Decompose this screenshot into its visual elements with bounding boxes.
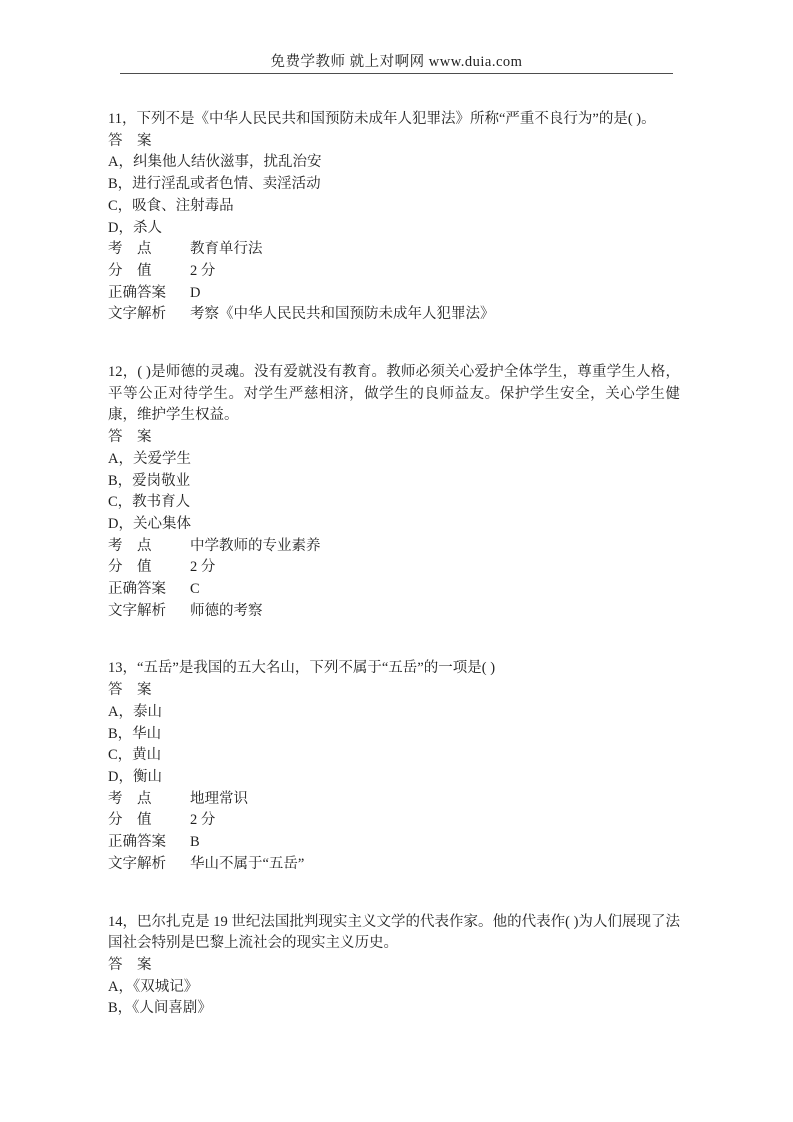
- meta-value: B: [190, 832, 680, 854]
- option-a: A，关爱学生: [108, 449, 680, 471]
- answer-heading-row: 答 案: [108, 131, 680, 153]
- question-stem: 13，“五岳”是我国的五大名山，下列不属于“五岳”的一项是( ): [108, 658, 680, 680]
- meta-label: 文字解析: [108, 304, 190, 326]
- option-d: D，衡山: [108, 767, 680, 789]
- option-c: C，教书育人: [108, 492, 680, 514]
- meta-row-explanation: 文字解析 华山不属于“五岳”: [108, 854, 680, 876]
- meta-label: 文字解析: [108, 601, 190, 623]
- option-d: D，关心集体: [108, 514, 680, 536]
- option-a: A，泰山: [108, 702, 680, 724]
- meta-value: 2 分: [190, 810, 680, 832]
- meta-value: 中学教师的专业素养: [190, 536, 680, 558]
- header-slogan: 免费学教师 就上对啊网 www.duia.com: [110, 50, 683, 71]
- meta-row-exam-point: 考 点 中学教师的专业素养: [108, 536, 680, 558]
- meta-label: 正确答案: [108, 832, 190, 854]
- answer-heading-row: 答 案: [108, 680, 680, 702]
- option-b: B，爱岗敬业: [108, 471, 680, 493]
- answer-label: 答 案: [108, 955, 190, 977]
- question-block-12: 12，( )是师德的灵魂。没有爱就没有教育。教师必须关心爱护全体学生，尊重学生人…: [108, 362, 680, 622]
- question-stem: 11，下列不是《中华人民民共和国预防未成年人犯罪法》所称“严重不良行为”的是( …: [108, 109, 680, 131]
- question-block-13: 13，“五岳”是我国的五大名山，下列不属于“五岳”的一项是( ) 答 案 A，泰…: [108, 658, 680, 875]
- meta-label: 考 点: [108, 789, 190, 811]
- meta-value: D: [190, 283, 680, 305]
- meta-value: 地理常识: [190, 789, 680, 811]
- meta-row-exam-point: 考 点 教育单行法: [108, 239, 680, 261]
- meta-row-correct-answer: 正确答案 D: [108, 283, 680, 305]
- meta-row-score: 分 值 2 分: [108, 810, 680, 832]
- meta-value: 华山不属于“五岳”: [190, 854, 680, 876]
- meta-row-exam-point: 考 点 地理常识: [108, 789, 680, 811]
- option-d: D，杀人: [108, 218, 680, 240]
- meta-row-correct-answer: 正确答案 B: [108, 832, 680, 854]
- answer-label: 答 案: [108, 680, 190, 702]
- meta-value: 师德的考察: [190, 601, 680, 623]
- option-b: B，《人间喜剧》: [108, 998, 680, 1020]
- meta-label: 分 值: [108, 810, 190, 832]
- option-c: C，吸食、注射毒品: [108, 196, 680, 218]
- meta-value: 考察《中华人民民共和国预防未成年人犯罪法》: [190, 304, 680, 326]
- option-c: C，黄山: [108, 745, 680, 767]
- meta-label: 分 值: [108, 557, 190, 579]
- answer-label: 答 案: [108, 427, 190, 449]
- question-block-14: 14，巴尔扎克是 19 世纪法国批判现实主义文学的代表作家。他的代表作( )为人…: [108, 912, 680, 1021]
- question-stem: 14，巴尔扎克是 19 世纪法国批判现实主义文学的代表作家。他的代表作( )为人…: [108, 912, 680, 955]
- meta-value: 2 分: [190, 261, 680, 283]
- option-a: A，纠集他人结伙滋事，扰乱治安: [108, 152, 680, 174]
- meta-label: 文字解析: [108, 854, 190, 876]
- meta-row-score: 分 值 2 分: [108, 261, 680, 283]
- meta-label: 正确答案: [108, 579, 190, 601]
- option-b: B，华山: [108, 724, 680, 746]
- question-stem: 12，( )是师德的灵魂。没有爱就没有教育。教师必须关心爱护全体学生，尊重学生人…: [108, 362, 680, 427]
- meta-label: 考 点: [108, 239, 190, 261]
- meta-value: 2 分: [190, 557, 680, 579]
- meta-row-explanation: 文字解析 考察《中华人民民共和国预防未成年人犯罪法》: [108, 304, 680, 326]
- question-block-11: 11，下列不是《中华人民民共和国预防未成年人犯罪法》所称“严重不良行为”的是( …: [108, 109, 680, 326]
- meta-row-correct-answer: 正确答案 C: [108, 579, 680, 601]
- answer-heading-row: 答 案: [108, 427, 680, 449]
- meta-value: C: [190, 579, 680, 601]
- answer-label: 答 案: [108, 131, 190, 153]
- meta-label: 正确答案: [108, 283, 190, 305]
- meta-row-explanation: 文字解析 师德的考察: [108, 601, 680, 623]
- answer-heading-row: 答 案: [108, 955, 680, 977]
- meta-value: 教育单行法: [190, 239, 680, 261]
- document-body: 11，下列不是《中华人民民共和国预防未成年人犯罪法》所称“严重不良行为”的是( …: [108, 109, 680, 1020]
- meta-label: 考 点: [108, 536, 190, 558]
- meta-label: 分 值: [108, 261, 190, 283]
- header-divider: [120, 73, 673, 74]
- option-b: B，进行淫乱或者色情、卖淫活动: [108, 174, 680, 196]
- meta-row-score: 分 值 2 分: [108, 557, 680, 579]
- option-a: A，《双城记》: [108, 977, 680, 999]
